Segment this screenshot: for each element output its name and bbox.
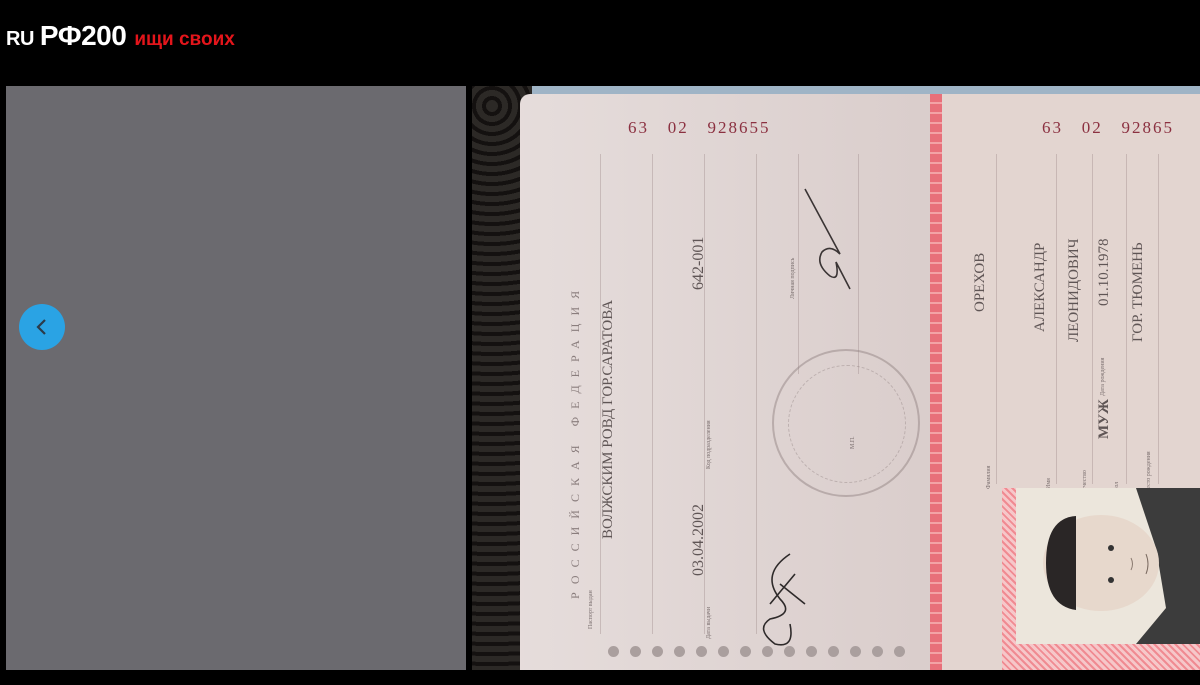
chevron-left-icon	[35, 318, 49, 336]
division-code-label: Код подразделения	[706, 420, 712, 469]
page-rule	[1092, 154, 1093, 484]
page-rule	[652, 154, 653, 634]
site-header: RU РФ200 ищи своих	[0, 0, 1200, 86]
division-code-value: 642-001	[690, 237, 708, 290]
page-rule	[1056, 154, 1057, 484]
holder-photo-frame	[1002, 488, 1200, 670]
issued-by-value: ВОЛЖСКИМ РОВД ГОР.САРАТОВА	[600, 300, 617, 539]
surname-label: Фамилия	[986, 466, 992, 489]
holder-photo	[1016, 488, 1200, 644]
serial-number-left: 63 02 928655	[628, 118, 771, 138]
patronymic-value: ЛЕОНИДОВИЧ	[1066, 239, 1083, 342]
birth-date-label: Дата рождения	[1100, 358, 1106, 396]
issue-date-label: Дата выдачи	[706, 607, 712, 639]
sex-value: МУЖ	[1096, 399, 1113, 439]
official-signature-icon	[770, 184, 870, 314]
gallery-left-panel	[6, 86, 466, 670]
issue-date-value: 03.04.2002	[690, 504, 708, 576]
perforation	[608, 646, 905, 656]
bottom-bar	[0, 670, 1200, 685]
page-rule	[1158, 154, 1159, 484]
passport-image[interactable]: 63 02 928655 РОССИЙСКАЯ ФЕДЕРАЦИЯ Паспор…	[472, 86, 1200, 670]
portrait-icon	[1016, 488, 1200, 644]
passport-page-issue: 63 02 928655 РОССИЙСКАЯ ФЕДЕРАЦИЯ Паспор…	[520, 94, 932, 670]
page-rule	[996, 154, 997, 484]
birth-place-value: ГОР. ТЮМЕНЬ	[1130, 242, 1147, 342]
logo-prefix: RU	[6, 28, 34, 51]
name-value: АЛЕКСАНДР	[1032, 243, 1049, 332]
site-logo[interactable]: RU РФ200 ищи своих	[6, 20, 235, 52]
previous-image-button[interactable]	[19, 304, 65, 350]
serial-number-right: 63 02 92865	[1042, 118, 1174, 138]
logo-tagline: ищи своих	[134, 29, 235, 51]
birth-date-value: 01.10.1978	[1096, 239, 1113, 307]
logo-title: РФ200	[40, 20, 126, 52]
official-stamp	[772, 349, 920, 497]
country-line: РОССИЙСКАЯ ФЕДЕРАЦИЯ	[568, 283, 583, 599]
issued-by-label: Паспорт выдан	[588, 590, 594, 629]
page-rule	[1126, 154, 1127, 484]
holder-signature-icon	[750, 544, 820, 654]
surname-value: ОРЕХОВ	[972, 253, 989, 312]
